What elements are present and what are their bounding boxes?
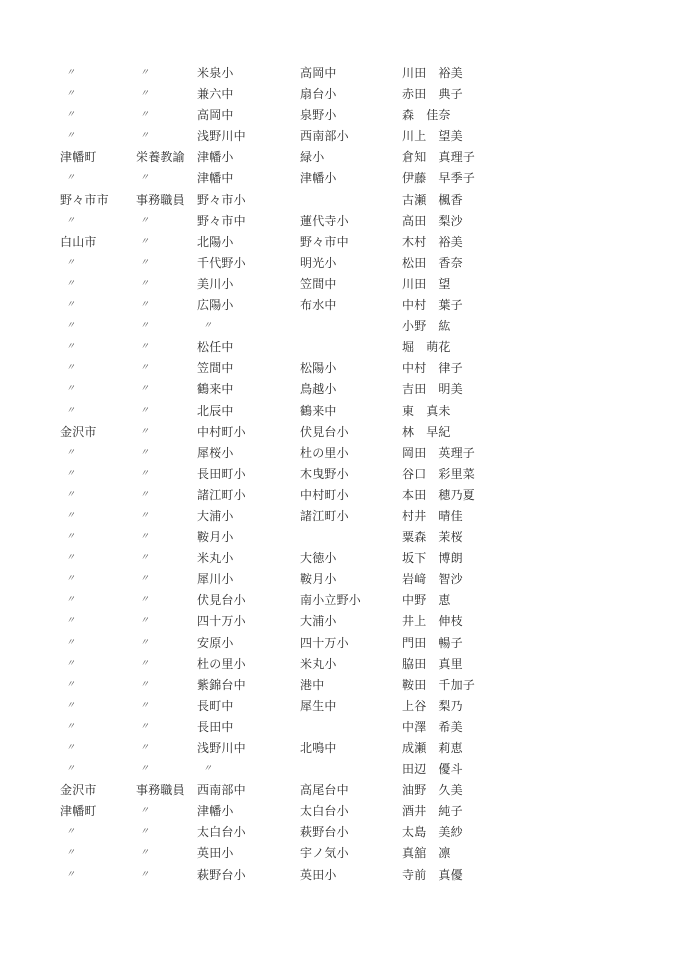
table-row: 〃〃松任中堀萌花 <box>60 337 620 358</box>
role-cell: 〃 <box>136 295 149 316</box>
given-name: 恵 <box>438 590 450 611</box>
person-name-cell: 古瀬楓香 <box>402 190 463 211</box>
to-school-cell: 笠間中 <box>300 274 337 295</box>
to-school-cell: 犀生中 <box>300 696 337 717</box>
from-school-cell: 長町中 <box>197 696 234 717</box>
from-school-cell: 北陽小 <box>197 232 234 253</box>
role-cell: 〃 <box>136 316 149 337</box>
given-name: 英理子 <box>438 443 475 464</box>
role-cell: 〃 <box>136 443 149 464</box>
role-cell: 〃 <box>136 738 149 759</box>
table-row: 金沢市〃中村町小伏見台小林早紀 <box>60 422 620 443</box>
family-name: 鞍田 <box>402 675 426 696</box>
city-cell: 〃 <box>60 865 75 886</box>
given-name: 晴佳 <box>438 506 462 527</box>
table-row: 〃〃大浦小諸江町小村井晴佳 <box>60 506 620 527</box>
from-school-cell: 四十万小 <box>197 611 246 632</box>
given-name: 真里 <box>438 654 462 675</box>
table-row: 〃〃高岡中泉野小森佳奈 <box>60 105 620 126</box>
to-school-cell: 鞍月小 <box>300 569 337 590</box>
role-cell: 〃 <box>136 822 149 843</box>
given-name: 博朗 <box>438 548 462 569</box>
city-cell: 〃 <box>60 843 75 864</box>
person-name-cell: 上谷梨乃 <box>402 696 463 717</box>
city-cell: 〃 <box>60 253 75 274</box>
given-name: 穂乃夏 <box>438 485 475 506</box>
table-row: 〃〃犀桜小杜の里小岡田英理子 <box>60 443 620 464</box>
role-cell: 〃 <box>136 527 149 548</box>
to-school-cell: 四十万小 <box>300 633 349 654</box>
given-name: 茉桜 <box>438 527 462 548</box>
person-name-cell: 村井晴佳 <box>402 506 463 527</box>
role-cell: 〃 <box>136 717 149 738</box>
table-row: 〃〃萩野台小英田小寺前真優 <box>60 865 620 886</box>
given-name: 久美 <box>438 780 462 801</box>
table-row: 〃〃兼六中扇台小赤田典子 <box>60 84 620 105</box>
person-name-cell: 小野紘 <box>402 316 451 337</box>
city-cell: 〃 <box>60 696 75 717</box>
person-name-cell: 谷口彩里菜 <box>402 464 475 485</box>
table-row: 〃〃野々市中蓮代寺小高田梨沙 <box>60 211 620 232</box>
role-cell: 〃 <box>136 63 149 84</box>
family-name: 油野 <box>402 780 426 801</box>
family-name: 伊藤 <box>402 168 426 189</box>
table-row: 〃〃英田小宇ノ気小真舘凛 <box>60 843 620 864</box>
given-name: 希美 <box>438 717 462 738</box>
given-name: 裕美 <box>438 232 462 253</box>
given-name: 美紗 <box>438 822 462 843</box>
to-school-cell: 緑小 <box>300 147 324 168</box>
table-row: 〃〃北辰中鶴来中東真未 <box>60 401 620 422</box>
person-name-cell: 中村葉子 <box>402 295 463 316</box>
family-name: 田辺 <box>402 759 426 780</box>
family-name: 谷口 <box>402 464 426 485</box>
from-school-cell: 長田町小 <box>197 464 246 485</box>
from-school-cell: 鶴来中 <box>197 379 234 400</box>
to-school-cell: 鶴来中 <box>300 401 337 422</box>
to-school-cell: 太白台小 <box>300 801 349 822</box>
from-school-cell: 浅野川中 <box>197 126 246 147</box>
city-cell: 〃 <box>60 759 75 780</box>
to-school-cell: 杜の里小 <box>300 443 349 464</box>
to-school-cell: 諸江町小 <box>300 506 349 527</box>
family-name: 村井 <box>402 506 426 527</box>
given-name: 凛 <box>438 843 450 864</box>
document-page: 〃〃米泉小高岡中川田裕美〃〃兼六中扇台小赤田典子〃〃高岡中泉野小森佳奈〃〃浅野川… <box>0 0 680 961</box>
city-cell: 〃 <box>60 84 75 105</box>
person-name-cell: 川田望 <box>402 274 451 295</box>
to-school-cell: 津幡小 <box>300 168 337 189</box>
to-school-cell: 明光小 <box>300 253 337 274</box>
from-school-cell: 野々市中 <box>197 211 246 232</box>
person-name-cell: 井上伸枝 <box>402 611 463 632</box>
person-name-cell: 東真未 <box>402 401 451 422</box>
family-name: 酒井 <box>402 801 426 822</box>
person-name-cell: 成瀬莉恵 <box>402 738 463 759</box>
family-name: 井上 <box>402 611 426 632</box>
person-name-cell: 岡田英理子 <box>402 443 475 464</box>
city-cell: 〃 <box>60 717 75 738</box>
person-name-cell: 川田裕美 <box>402 63 463 84</box>
role-cell: 〃 <box>136 675 149 696</box>
city-cell: 〃 <box>60 654 75 675</box>
person-name-cell: 坂下博朗 <box>402 548 463 569</box>
family-name: 真舘 <box>402 843 426 864</box>
family-name: 粟森 <box>402 527 426 548</box>
from-school-cell: 安原小 <box>197 633 234 654</box>
from-school-cell: 杜の里小 <box>197 654 246 675</box>
from-school-cell: 英田小 <box>197 843 234 864</box>
table-row: 〃〃長町中犀生中上谷梨乃 <box>60 696 620 717</box>
person-name-cell: 油野久美 <box>402 780 463 801</box>
person-name-cell: 森佳奈 <box>402 105 451 126</box>
role-cell: 〃 <box>136 485 149 506</box>
city-cell: 〃 <box>60 485 75 506</box>
to-school-cell: 宇ノ気小 <box>300 843 349 864</box>
role-cell: 〃 <box>136 358 149 379</box>
person-name-cell: 太島美紗 <box>402 822 463 843</box>
role-cell: 〃 <box>136 759 149 780</box>
table-row: 金沢市事務職員西南部中高尾台中油野久美 <box>60 780 620 801</box>
family-name: 岡田 <box>402 443 426 464</box>
role-cell: 〃 <box>136 168 149 189</box>
given-name: 真理子 <box>438 147 475 168</box>
from-school-cell: 犀桜小 <box>197 443 234 464</box>
to-school-cell: 西南部小 <box>300 126 349 147</box>
city-cell: 〃 <box>60 358 75 379</box>
given-name: 千加子 <box>438 675 475 696</box>
city-cell: 〃 <box>60 316 75 337</box>
role-cell: 〃 <box>136 401 149 422</box>
role-cell: 〃 <box>136 422 149 443</box>
given-name: 佳奈 <box>426 105 450 126</box>
given-name: 優斗 <box>438 759 462 780</box>
family-name: 上谷 <box>402 696 426 717</box>
from-school-cell: 中村町小 <box>197 422 246 443</box>
role-cell: 〃 <box>136 232 149 253</box>
family-name: 松田 <box>402 253 426 274</box>
person-name-cell: 脇田真里 <box>402 654 463 675</box>
family-name: 小野 <box>402 316 426 337</box>
given-name: 彩里菜 <box>438 464 475 485</box>
table-row: 〃〃杜の里小米丸小脇田真里 <box>60 654 620 675</box>
from-school-cell: 犀川小 <box>197 569 234 590</box>
to-school-cell: 英田小 <box>300 865 337 886</box>
to-school-cell: 港中 <box>300 675 324 696</box>
role-cell: 〃 <box>136 801 149 822</box>
city-cell: 〃 <box>60 822 75 843</box>
given-name: 望美 <box>438 126 462 147</box>
role-cell: 〃 <box>136 548 149 569</box>
family-name: 門田 <box>402 633 426 654</box>
person-name-cell: 伊藤早季子 <box>402 168 475 189</box>
table-row: 〃〃美川小笠間中川田望 <box>60 274 620 295</box>
city-cell: 〃 <box>60 506 75 527</box>
city-cell: 〃 <box>60 63 75 84</box>
to-school-cell: 中村町小 <box>300 485 349 506</box>
to-school-cell: 大浦小 <box>300 611 337 632</box>
table-row: 〃〃伏見台小南小立野小中野恵 <box>60 590 620 611</box>
table-row: 〃〃〃小野紘 <box>60 316 620 337</box>
city-cell: 津幡町 <box>60 147 97 168</box>
from-school-cell: 西南部中 <box>197 780 246 801</box>
given-name: 楓香 <box>438 190 462 211</box>
table-row: 津幡町〃津幡小太白台小酒井純子 <box>60 801 620 822</box>
person-name-cell: 倉知真理子 <box>402 147 475 168</box>
person-name-cell: 酒井純子 <box>402 801 463 822</box>
to-school-cell: 松陽小 <box>300 358 337 379</box>
role-cell: 〃 <box>136 506 149 527</box>
table-row: 〃〃諸江町小中村町小本田穂乃夏 <box>60 485 620 506</box>
person-name-cell: 高田梨沙 <box>402 211 463 232</box>
city-cell: 白山市 <box>60 232 97 253</box>
role-cell: 〃 <box>136 105 149 126</box>
family-name: 森 <box>402 105 414 126</box>
city-cell: 金沢市 <box>60 780 97 801</box>
role-cell: 〃 <box>136 84 149 105</box>
role-cell: 事務職員 <box>136 780 185 801</box>
table-row: 〃〃紫錦台中港中鞍田千加子 <box>60 675 620 696</box>
family-name: 成瀬 <box>402 738 426 759</box>
given-name: 真優 <box>438 865 462 886</box>
table-row: 〃〃〃田辺優斗 <box>60 759 620 780</box>
family-name: 赤田 <box>402 84 426 105</box>
city-cell: 〃 <box>60 548 75 569</box>
from-school-cell: 〃 <box>197 316 212 337</box>
given-name: 香奈 <box>438 253 462 274</box>
role-cell: 〃 <box>136 633 149 654</box>
family-name: 吉田 <box>402 379 426 400</box>
city-cell: 〃 <box>60 168 75 189</box>
to-school-cell: 大徳小 <box>300 548 337 569</box>
given-name: 裕美 <box>438 63 462 84</box>
given-name: 早季子 <box>438 168 475 189</box>
person-name-cell: 吉田明美 <box>402 379 463 400</box>
from-school-cell: 紫錦台中 <box>197 675 246 696</box>
family-name: 坂下 <box>402 548 426 569</box>
family-name: 川田 <box>402 274 426 295</box>
person-name-cell: 門田暢子 <box>402 633 463 654</box>
city-cell: 〃 <box>60 443 75 464</box>
person-name-cell: 堀萌花 <box>402 337 451 358</box>
table-row: 野々市市事務職員野々市小古瀬楓香 <box>60 190 620 211</box>
given-name: 律子 <box>438 358 462 379</box>
city-cell: 金沢市 <box>60 422 97 443</box>
given-name: 智沙 <box>438 569 462 590</box>
person-name-cell: 中野恵 <box>402 590 451 611</box>
table-row: 白山市〃北陽小野々市中木村裕美 <box>60 232 620 253</box>
family-name: 川上 <box>402 126 426 147</box>
from-school-cell: 鞍月小 <box>197 527 234 548</box>
city-cell: 〃 <box>60 527 75 548</box>
role-cell: 〃 <box>136 211 149 232</box>
family-name: 中村 <box>402 295 426 316</box>
role-cell: 事務職員 <box>136 190 185 211</box>
family-name: 太島 <box>402 822 426 843</box>
from-school-cell: 千代野小 <box>197 253 246 274</box>
table-row: 〃〃笠間中松陽小中村律子 <box>60 358 620 379</box>
given-name: 明美 <box>438 379 462 400</box>
table-row: 津幡町栄養教諭津幡小緑小倉知真理子 <box>60 147 620 168</box>
given-name: 莉恵 <box>438 738 462 759</box>
from-school-cell: 兼六中 <box>197 84 234 105</box>
from-school-cell: 高岡中 <box>197 105 234 126</box>
family-name: 岩﨑 <box>402 569 426 590</box>
city-cell: 〃 <box>60 569 75 590</box>
family-name: 古瀬 <box>402 190 426 211</box>
from-school-cell: 伏見台小 <box>197 590 246 611</box>
from-school-cell: 野々市小 <box>197 190 246 211</box>
to-school-cell: 扇台小 <box>300 84 337 105</box>
from-school-cell: 大浦小 <box>197 506 234 527</box>
city-cell: 津幡町 <box>60 801 97 822</box>
family-name: 林 <box>402 422 414 443</box>
given-name: 純子 <box>438 801 462 822</box>
table-row: 〃〃鞍月小粟森茉桜 <box>60 527 620 548</box>
to-school-cell: 米丸小 <box>300 654 337 675</box>
family-name: 中澤 <box>402 717 426 738</box>
from-school-cell: 〃 <box>197 759 212 780</box>
city-cell: 〃 <box>60 401 75 422</box>
person-name-cell: 中村律子 <box>402 358 463 379</box>
role-cell: 〃 <box>136 379 149 400</box>
from-school-cell: 笠間中 <box>197 358 234 379</box>
table-row: 〃〃米泉小高岡中川田裕美 <box>60 63 620 84</box>
given-name: 萌花 <box>426 337 450 358</box>
given-name: 梨乃 <box>438 696 462 717</box>
person-name-cell: 本田穂乃夏 <box>402 485 475 506</box>
city-cell: 〃 <box>60 675 75 696</box>
from-school-cell: 津幡中 <box>197 168 234 189</box>
role-cell: 栄養教諭 <box>136 147 185 168</box>
given-name: 葉子 <box>438 295 462 316</box>
given-name: 伸枝 <box>438 611 462 632</box>
person-name-cell: 川上望美 <box>402 126 463 147</box>
from-school-cell: 諸江町小 <box>197 485 246 506</box>
family-name: 本田 <box>402 485 426 506</box>
city-cell: 〃 <box>60 464 75 485</box>
city-cell: 〃 <box>60 295 75 316</box>
from-school-cell: 米泉小 <box>197 63 234 84</box>
to-school-cell: 泉野小 <box>300 105 337 126</box>
table-row: 〃〃浅野川中北鳴中成瀬莉恵 <box>60 738 620 759</box>
role-cell: 〃 <box>136 126 149 147</box>
given-name: 暢子 <box>438 633 462 654</box>
table-row: 〃〃津幡中津幡小伊藤早季子 <box>60 168 620 189</box>
city-cell: 〃 <box>60 611 75 632</box>
person-name-cell: 岩﨑智沙 <box>402 569 463 590</box>
role-cell: 〃 <box>136 569 149 590</box>
table-row: 〃〃太白台小萩野台小太島美紗 <box>60 822 620 843</box>
role-cell: 〃 <box>136 654 149 675</box>
role-cell: 〃 <box>136 696 149 717</box>
table-row: 〃〃鶴来中鳥越小吉田明美 <box>60 379 620 400</box>
given-name: 早紀 <box>426 422 450 443</box>
family-name: 東 <box>402 401 414 422</box>
from-school-cell: 長田中 <box>197 717 234 738</box>
role-cell: 〃 <box>136 337 149 358</box>
from-school-cell: 美川小 <box>197 274 234 295</box>
person-name-cell: 真舘凛 <box>402 843 451 864</box>
to-school-cell: 鳥越小 <box>300 379 337 400</box>
table-row: 〃〃浅野川中西南部小川上望美 <box>60 126 620 147</box>
to-school-cell: 布水中 <box>300 295 337 316</box>
role-cell: 〃 <box>136 590 149 611</box>
person-name-cell: 鞍田千加子 <box>402 675 475 696</box>
city-cell: 〃 <box>60 274 75 295</box>
from-school-cell: 津幡小 <box>197 801 234 822</box>
from-school-cell: 北辰中 <box>197 401 234 422</box>
from-school-cell: 浅野川中 <box>197 738 246 759</box>
family-name: 川田 <box>402 63 426 84</box>
person-name-cell: 赤田典子 <box>402 84 463 105</box>
role-cell: 〃 <box>136 274 149 295</box>
table-row: 〃〃長田中中澤希美 <box>60 717 620 738</box>
to-school-cell: 蓮代寺小 <box>300 211 349 232</box>
table-row: 〃〃米丸小大徳小坂下博朗 <box>60 548 620 569</box>
family-name: 倉知 <box>402 147 426 168</box>
city-cell: 〃 <box>60 105 75 126</box>
role-cell: 〃 <box>136 253 149 274</box>
from-school-cell: 萩野台小 <box>197 865 246 886</box>
from-school-cell: 津幡小 <box>197 147 234 168</box>
table-row: 〃〃安原小四十万小門田暢子 <box>60 633 620 654</box>
to-school-cell: 野々市中 <box>300 232 349 253</box>
city-cell: 〃 <box>60 590 75 611</box>
given-name: 望 <box>438 274 450 295</box>
city-cell: 〃 <box>60 126 75 147</box>
to-school-cell: 伏見台小 <box>300 422 349 443</box>
person-name-cell: 松田香奈 <box>402 253 463 274</box>
table-row: 〃〃四十万小大浦小井上伸枝 <box>60 611 620 632</box>
given-name: 典子 <box>438 84 462 105</box>
family-name: 中村 <box>402 358 426 379</box>
table-row: 〃〃犀川小鞍月小岩﨑智沙 <box>60 569 620 590</box>
from-school-cell: 米丸小 <box>197 548 234 569</box>
to-school-cell: 高岡中 <box>300 63 337 84</box>
city-cell: 〃 <box>60 379 75 400</box>
to-school-cell: 高尾台中 <box>300 780 349 801</box>
family-name: 高田 <box>402 211 426 232</box>
to-school-cell: 萩野台小 <box>300 822 349 843</box>
person-name-cell: 林早紀 <box>402 422 451 443</box>
to-school-cell: 南小立野小 <box>300 590 361 611</box>
to-school-cell: 木曳野小 <box>300 464 349 485</box>
city-cell: 〃 <box>60 738 75 759</box>
given-name: 真未 <box>426 401 450 422</box>
given-name: 梨沙 <box>438 211 462 232</box>
person-name-cell: 木村裕美 <box>402 232 463 253</box>
family-name: 中野 <box>402 590 426 611</box>
family-name: 木村 <box>402 232 426 253</box>
person-name-cell: 寺前真優 <box>402 865 463 886</box>
role-cell: 〃 <box>136 464 149 485</box>
family-name: 堀 <box>402 337 414 358</box>
given-name: 紘 <box>438 316 450 337</box>
to-school-cell: 北鳴中 <box>300 738 337 759</box>
city-cell: 〃 <box>60 337 75 358</box>
role-cell: 〃 <box>136 843 149 864</box>
city-cell: 野々市市 <box>60 190 109 211</box>
family-name: 脇田 <box>402 654 426 675</box>
table-row: 〃〃長田町小木曳野小谷口彩里菜 <box>60 464 620 485</box>
role-cell: 〃 <box>136 611 149 632</box>
city-cell: 〃 <box>60 633 75 654</box>
from-school-cell: 広陽小 <box>197 295 234 316</box>
person-name-cell: 粟森茉桜 <box>402 527 463 548</box>
person-name-cell: 中澤希美 <box>402 717 463 738</box>
from-school-cell: 太白台小 <box>197 822 246 843</box>
